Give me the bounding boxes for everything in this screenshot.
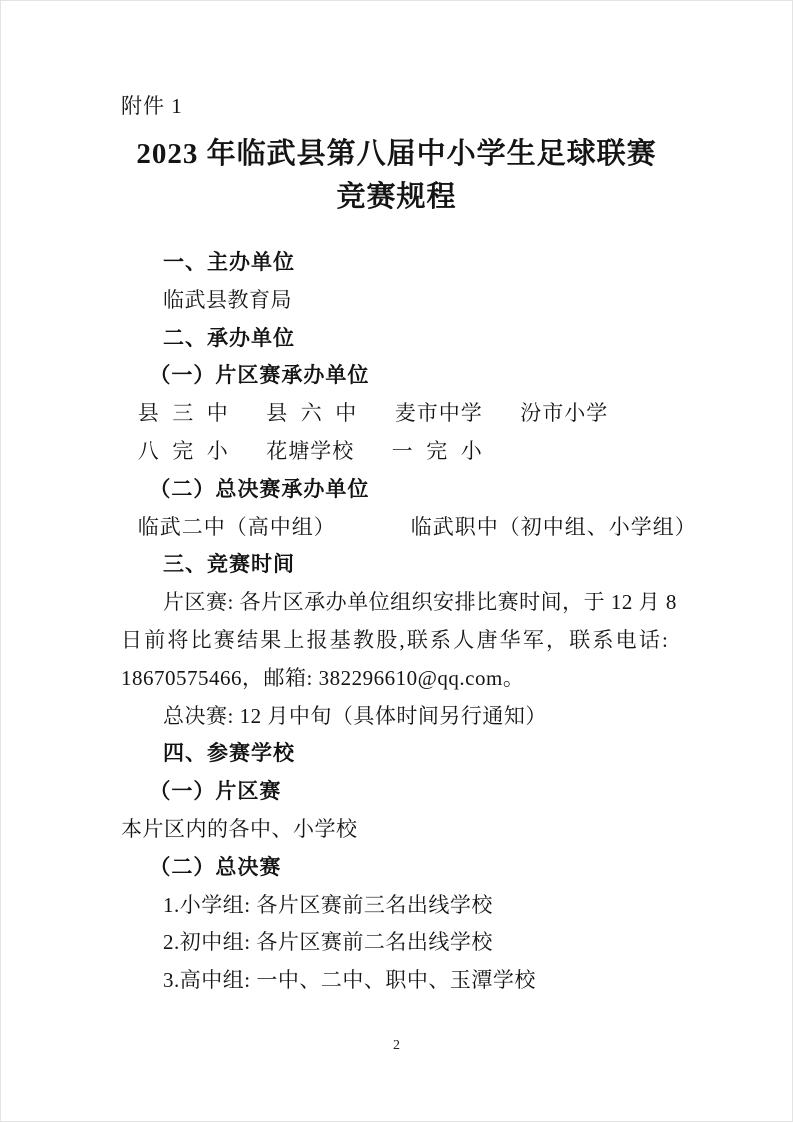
document-line: （二）总决赛 — [121, 849, 676, 887]
document-line: 八 完 小 花塘学校 一 完 小 — [121, 433, 676, 471]
document-line: 临武二中（高中组） 临武职中（初中组、小学组） — [121, 509, 676, 547]
document-line: 三、竞赛时间 — [121, 546, 676, 584]
page-number: 2 — [0, 1036, 793, 1056]
document-line: 1.小学组: 各片区赛前三名出线学校 — [121, 887, 676, 925]
document-line: 日前将比赛结果上报基教股,联系人唐华军，联系电话: — [121, 622, 676, 660]
document-body: 一、主办单位临武县教育局二、承办单位（一）片区赛承办单位县 三 中 县 六 中 … — [121, 244, 676, 1000]
document-line: 18670575466，邮箱: 382296610@qq.com。 — [121, 660, 676, 698]
document-title: 2023 年临武县第八届中小学生足球联赛 竞赛规程 — [0, 133, 793, 219]
document-line: 2.初中组: 各片区赛前二名出线学校 — [121, 924, 676, 962]
title-line-2: 竞赛规程 — [0, 176, 793, 219]
document-line: （一）片区赛 — [121, 773, 676, 811]
document-line: 本片区内的各中、小学校 — [121, 811, 676, 849]
document-line: 3.高中组: 一中、二中、职中、玉潭学校 — [121, 962, 676, 1000]
document-line: （一）片区赛承办单位 — [121, 357, 676, 395]
document-line: （二）总决赛承办单位 — [121, 471, 676, 509]
document-line: 县 三 中 县 六 中 麦市中学 汾市小学 — [121, 395, 676, 433]
document-page: 附件 1 2023 年临武县第八届中小学生足球联赛 竞赛规程 一、主办单位临武县… — [0, 0, 793, 1122]
document-line: 片区赛: 各片区承办单位组织安排比赛时间，于 12 月 8 — [121, 584, 676, 622]
document-line: 总决赛: 12 月中旬（具体时间另行通知） — [121, 698, 676, 736]
title-line-1: 2023 年临武县第八届中小学生足球联赛 — [0, 133, 793, 176]
attachment-label: 附件 1 — [121, 92, 183, 120]
document-line: 一、主办单位 — [121, 244, 676, 282]
document-line: 临武县教育局 — [121, 282, 676, 320]
document-line: 二、承办单位 — [121, 320, 676, 358]
document-line: 四、参赛学校 — [121, 735, 676, 773]
